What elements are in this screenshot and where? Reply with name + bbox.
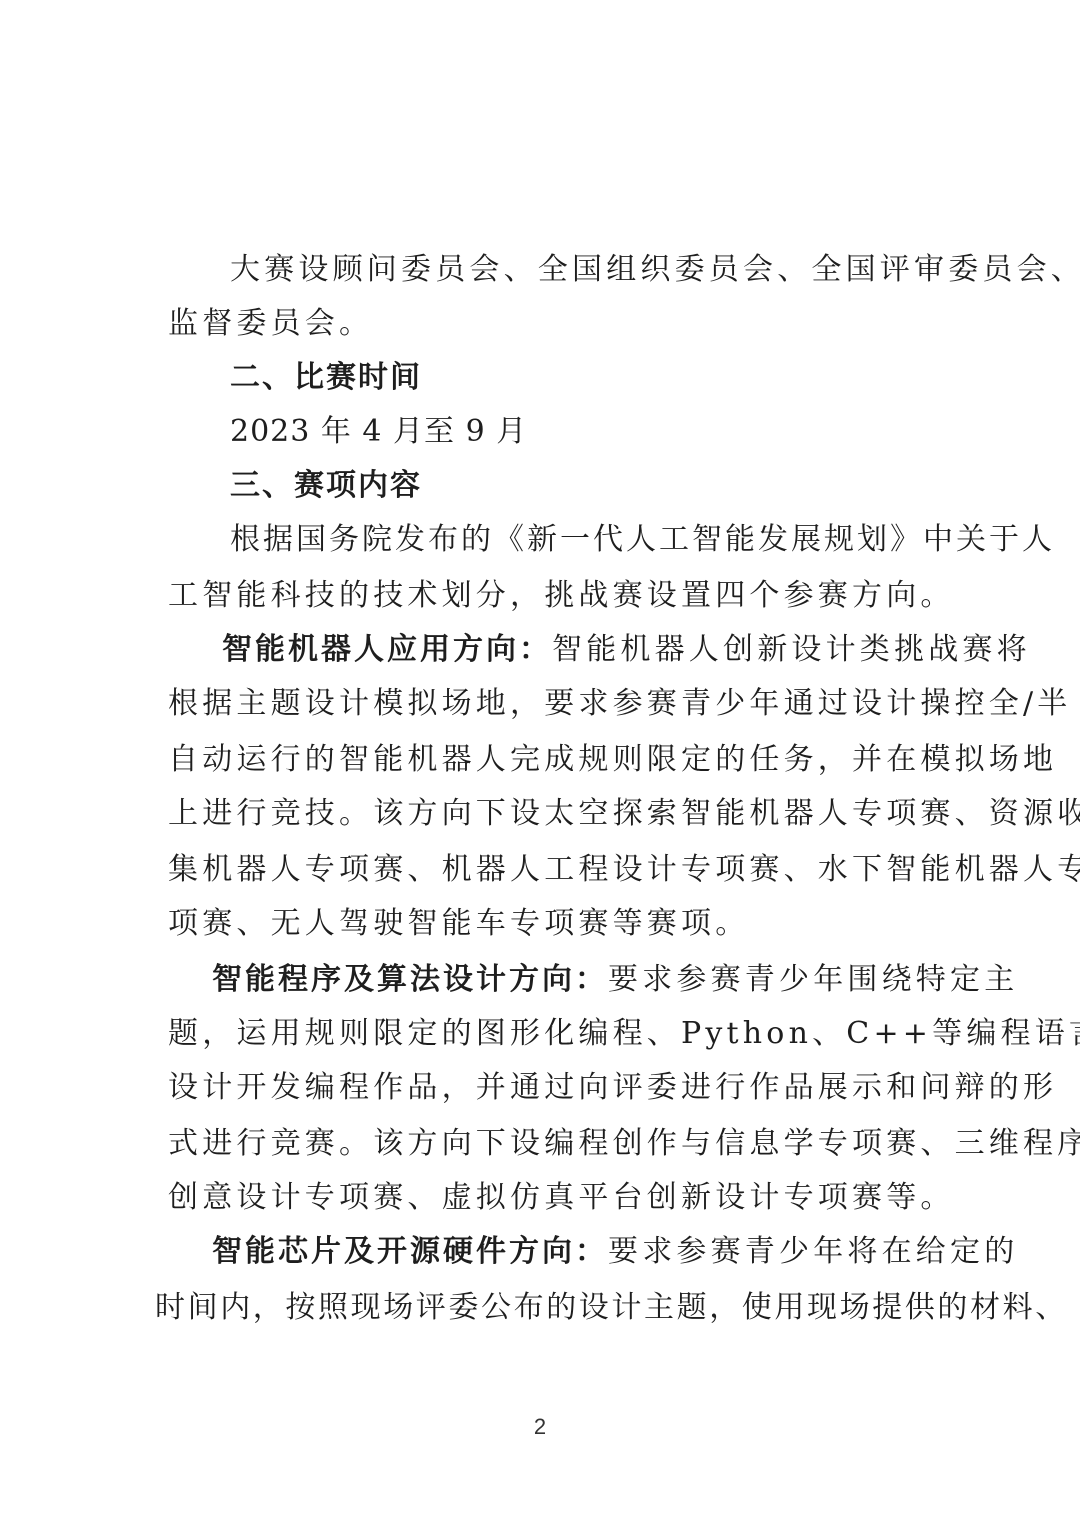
- paragraph-text: 智能机器人创新设计类挑战赛将: [552, 632, 1031, 667]
- paragraph-committees-line-1: 大赛设顾问委员会、全国组织委员会、全国评审委员会、: [230, 252, 1005, 288]
- competition-time-value: 2023 年 4 月至 9 月: [230, 414, 1005, 450]
- paragraph-programming-line-1: 智能程序及算法设计方向：要求参赛青少年围绕特定主: [212, 962, 987, 998]
- paragraph-robotics-line-4: 上进行竞技。该方向下设太空探索智能机器人专项赛、资源收: [168, 796, 943, 832]
- paragraph-intro-line-2: 工智能科技的技术划分，挑战赛设置四个参赛方向。: [168, 578, 943, 614]
- paragraph-robotics-line-5: 集机器人专项赛、机器人工程设计专项赛、水下智能机器人专: [168, 852, 943, 888]
- paragraph-committees-line-2: 监督委员会。: [168, 306, 943, 342]
- section-heading-competition-time: 二、比赛时间: [230, 360, 1005, 396]
- page-number: 2: [0, 1414, 1080, 1440]
- paragraph-text: 要求参赛青少年围绕特定主: [608, 962, 1018, 997]
- paragraph-hardware-line-2: 时间内，按照现场评委公布的设计主题，使用现场提供的材料、: [155, 1290, 930, 1326]
- paragraph-programming-line-4: 式进行竞赛。该方向下设编程创作与信息学专项赛、三维程序: [168, 1126, 943, 1162]
- paragraph-robotics-line-2: 根据主题设计模拟场地，要求参赛青少年通过设计操控全/半: [168, 686, 943, 722]
- direction-title-programming: 智能程序及算法设计方向：: [212, 962, 608, 997]
- paragraph-programming-line-3: 设计开发编程作品，并通过向评委进行作品展示和问辩的形: [168, 1070, 943, 1106]
- paragraph-robotics-line-6: 项赛、无人驾驶智能车专项赛等赛项。: [168, 906, 943, 942]
- direction-title-robotics: 智能机器人应用方向：: [222, 632, 552, 667]
- paragraph-robotics-line-1: 智能机器人应用方向：智能机器人创新设计类挑战赛将: [222, 632, 997, 668]
- paragraph-programming-line-5: 创意设计专项赛、虚拟仿真平台创新设计专项赛等。: [168, 1180, 943, 1216]
- paragraph-programming-line-2: 题，运用规则限定的图形化编程、Python、C++等编程语言，: [168, 1016, 943, 1052]
- paragraph-text: 要求参赛青少年将在给定的: [608, 1234, 1018, 1269]
- paragraph-intro-line-1: 根据国务院发布的《新一代人工智能发展规划》中关于人: [230, 522, 1005, 558]
- direction-title-hardware: 智能芯片及开源硬件方向：: [212, 1234, 608, 1269]
- paragraph-hardware-line-1: 智能芯片及开源硬件方向：要求参赛青少年将在给定的: [212, 1234, 987, 1270]
- section-heading-event-content: 三、赛项内容: [230, 468, 1005, 504]
- paragraph-robotics-line-3: 自动运行的智能机器人完成规则限定的任务，并在模拟场地: [168, 742, 943, 778]
